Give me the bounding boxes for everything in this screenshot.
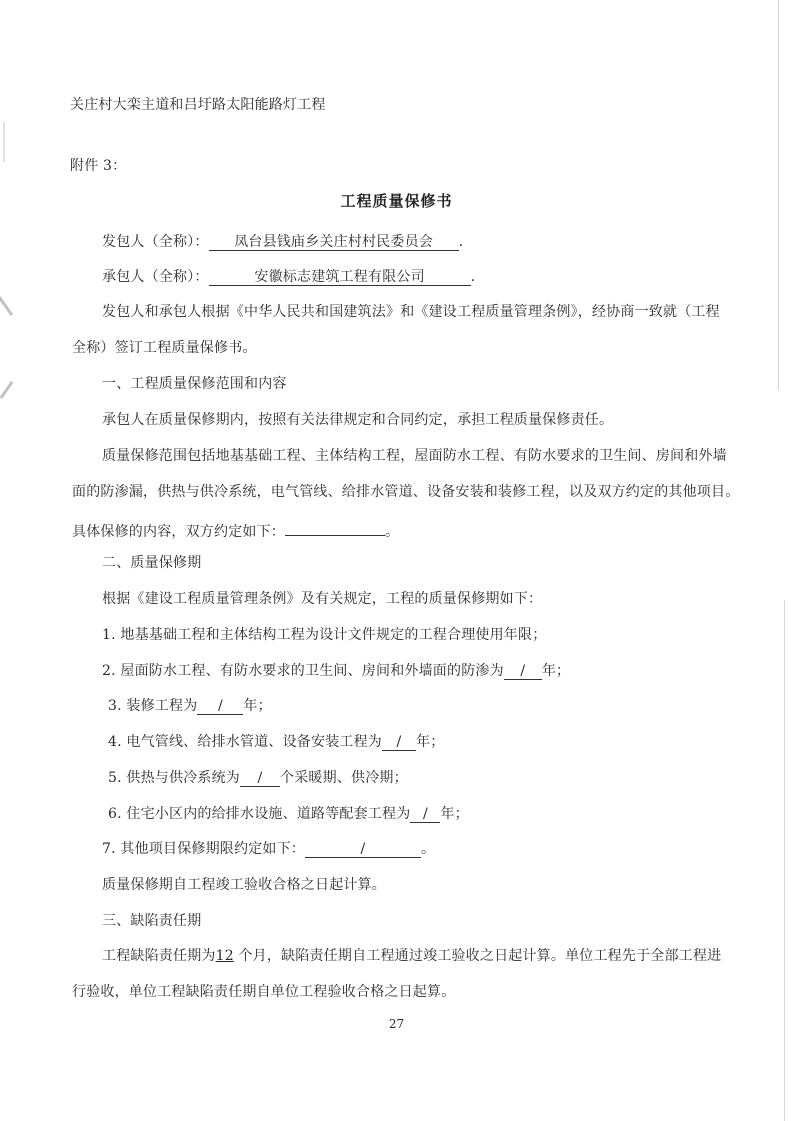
- warranty-item-2: 2. 屋面防水工程、有防水要求的卫生间、房间和外墙面的防渗为/年；: [102, 662, 570, 680]
- warranty-item-6: 6. 住宅小区内的给排水设施、道路等配套工程为/年；: [108, 805, 469, 823]
- section3-paragraph-line-1: 工程缺陷责任期为12 个月，缺陷责任期自工程通过竣工验收之日起计算。单位工程先于…: [102, 947, 721, 965]
- contractor-label: 承包人（全称）：: [102, 269, 209, 285]
- warranty-item-5-value: /: [240, 770, 280, 787]
- document-page: 关庄村大栾主道和吕圩路太阳能路灯工程 附件 3： 工程质量保修书 发包人（全称）…: [0, 0, 793, 1121]
- warranty-item-4-value: /: [382, 734, 416, 751]
- content-label: 具体保修的内容，双方约定如下：: [72, 524, 285, 540]
- warranty-item-7-value: /: [305, 841, 421, 858]
- scan-artifact: [0, 381, 13, 399]
- section3-heading: 三、缺陷责任期: [102, 912, 201, 930]
- contractor-field: 安徽标志建筑工程有限公司: [209, 269, 471, 286]
- defect-period-value: 12: [216, 948, 234, 964]
- section1-paragraph-2-line-1: 质量保修范围包括地基基础工程、主体结构工程，屋面防水工程、有防水要求的卫生间、房…: [102, 447, 727, 465]
- intro-line-1: 发包人和承包人根据《中华人民共和国建筑法》和《建设工程质量管理条例》，经协商一致…: [102, 303, 720, 321]
- employer-field: 凤台县钱庙乡关庄村村民委员会: [209, 234, 459, 251]
- employer-value: 凤台县钱庙乡关庄村村民委员会: [234, 234, 433, 250]
- document-title: 工程质量保修书: [0, 190, 793, 211]
- scan-edge-line: [784, 600, 785, 1121]
- warranty-item-1: 1. 地基基础工程和主体结构工程为设计文件规定的工程合理使用年限；: [102, 626, 546, 644]
- scan-artifact: [3, 122, 5, 162]
- warranty-item-3-value: /: [197, 698, 243, 715]
- attachment-label: 附件 3：: [70, 157, 126, 175]
- section1-paragraph-3: 具体保修的内容，双方约定如下：。: [72, 519, 399, 541]
- intro-line-2: 全称）签订工程质量保修书。: [72, 339, 257, 357]
- employer-label: 发包人（全称）：: [102, 234, 209, 250]
- warranty-item-5: 5. 供热与供冷系统为/个采暖期、供冷期；: [108, 769, 408, 787]
- section2-heading: 二、质量保修期: [102, 554, 201, 572]
- employer-row: 发包人（全称）：凤台县钱庙乡关庄村村民委员会.: [102, 233, 463, 251]
- section1-heading: 一、工程质量保修范围和内容: [102, 375, 287, 393]
- warranty-item-3: 3. 装修工程为/年；: [108, 697, 272, 715]
- section3-paragraph-line-2: 行验收，单位工程缺陷责任期自单位工程验收合格之日起算。: [72, 983, 455, 1001]
- section1-paragraph-1: 承包人在质量保修期内，按照有关法律规定和合同约定，承担工程质量保修责任。: [102, 411, 613, 429]
- scan-artifact: [0, 296, 13, 316]
- contractor-row: 承包人（全称）：安徽标志建筑工程有限公司.: [102, 268, 475, 286]
- section1-paragraph-2-line-2: 面的防渗漏，供热与供冷系统，电气管线、给排水管道、设备安装和装修工程，以及双方约…: [72, 483, 739, 501]
- warranty-item-6-value: /: [410, 806, 440, 823]
- section2-closing: 质量保修期自工程竣工验收合格之日起计算。: [102, 876, 386, 894]
- project-title: 关庄村大栾主道和吕圩路太阳能路灯工程: [70, 96, 326, 114]
- content-field: [285, 519, 385, 536]
- contractor-value: 安徽标志建筑工程有限公司: [254, 269, 424, 285]
- warranty-item-4: 4. 电气管线、给排水管道、设备安装工程为/年；: [108, 733, 444, 751]
- warranty-item-7: 7. 其他项目保修期限约定如下：/。: [102, 840, 435, 858]
- page-number: 27: [0, 1017, 793, 1031]
- warranty-item-2-value: /: [504, 663, 542, 680]
- section2-intro: 根据《建设工程质量管理条例》及有关规定，工程的质量保修期如下：: [102, 590, 542, 608]
